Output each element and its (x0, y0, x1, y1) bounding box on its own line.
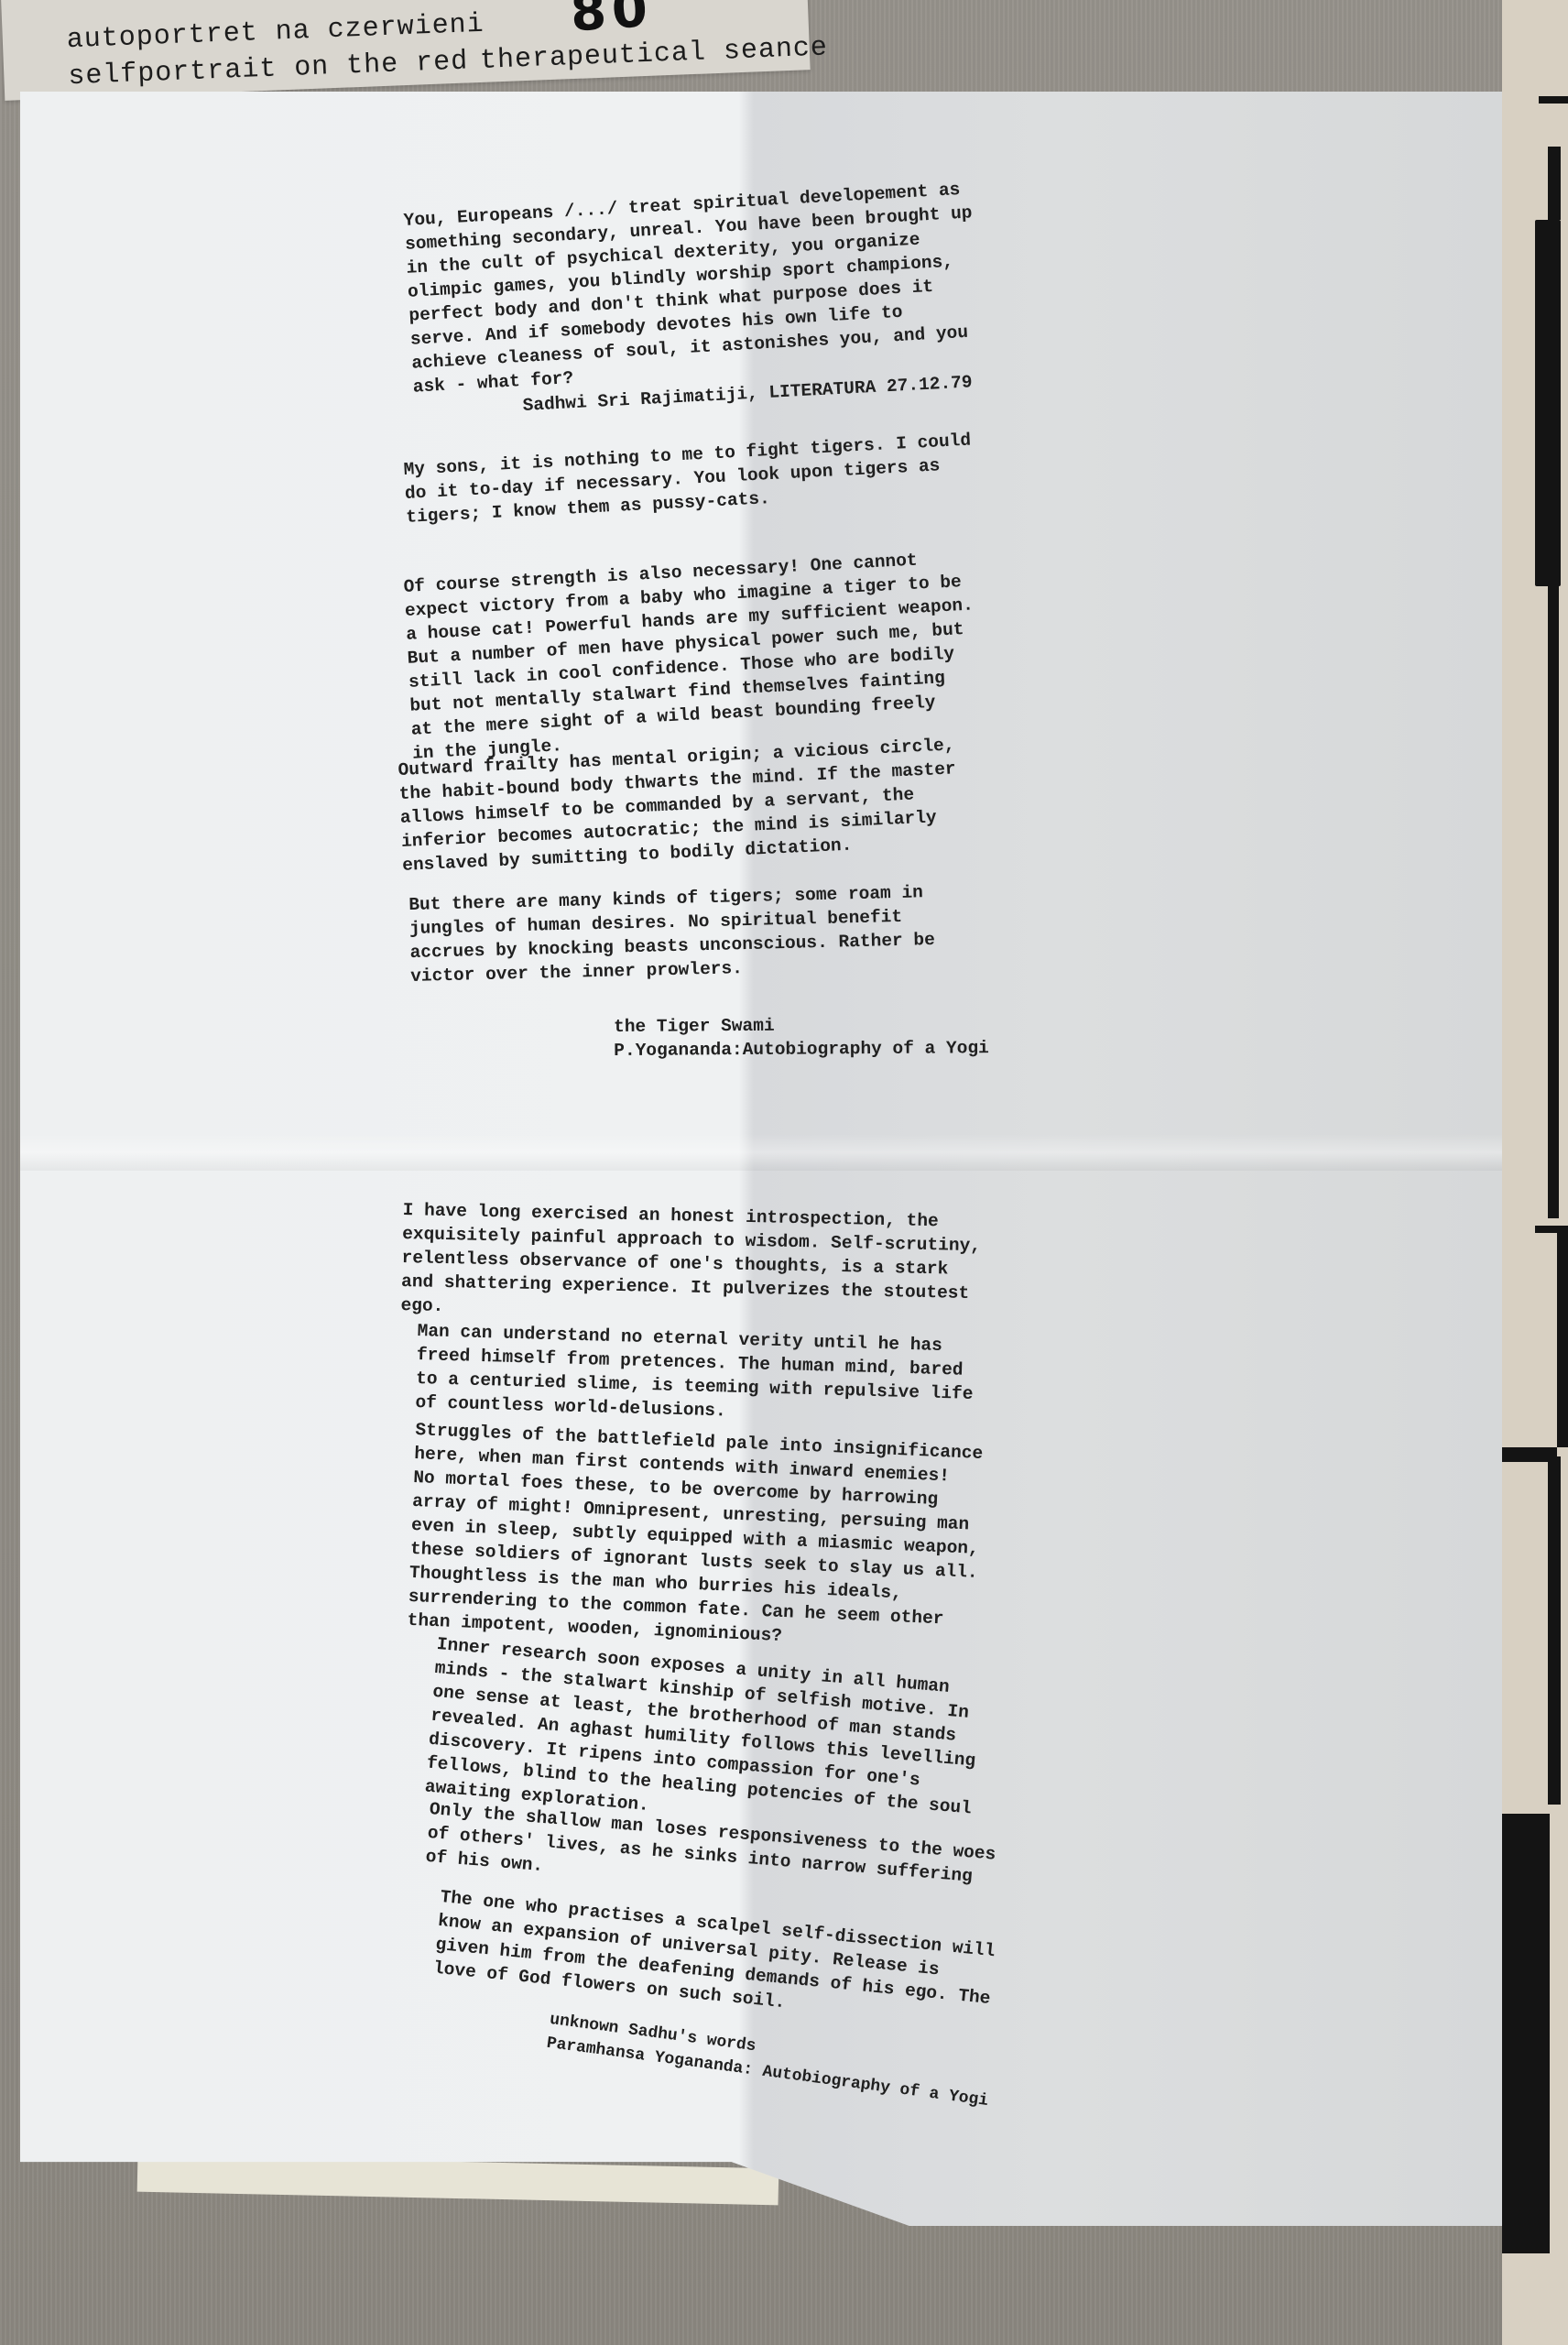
typewritten-sheet: You, Europeans /.../ treat spiritual dev… (20, 92, 1502, 2226)
marker-stroke (1539, 96, 1568, 104)
quote-2-paragraph-2: Of course strength is also necessary! On… (403, 546, 980, 766)
quote-1-body: You, Europeans /.../ treat spiritual dev… (403, 177, 981, 398)
quote-3-paragraph-1: I have long exercised an honest introspe… (400, 1198, 981, 1329)
marker-stroke (1548, 1456, 1561, 1805)
marker-stroke (1557, 1227, 1568, 1447)
quote-2-paragraph-4: But there are many kinds of tigers; some… (408, 880, 936, 988)
marker-stroke (1502, 1814, 1550, 2253)
marker-stroke (1548, 147, 1561, 220)
quote-3-paragraph-3: Struggles of the battlefield pale into i… (407, 1418, 983, 1656)
marker-stroke (1548, 586, 1559, 1218)
marker-stroke (1535, 220, 1561, 586)
horizontal-fold (20, 1134, 1502, 1171)
quote-2-paragraph-1: My sons, it is nothing to me to fight ti… (403, 429, 974, 529)
quote-2-paragraph-3: Outward frailty has mental origin; a vic… (397, 733, 960, 877)
slip-subtitle: therapeutical seance (479, 32, 828, 77)
quote-3-paragraph-2: Man can understand no eternal verity unt… (415, 1319, 975, 1430)
quote-2-attribution: the Tiger Swami P.Yogananda:Autobiograph… (614, 1012, 989, 1063)
